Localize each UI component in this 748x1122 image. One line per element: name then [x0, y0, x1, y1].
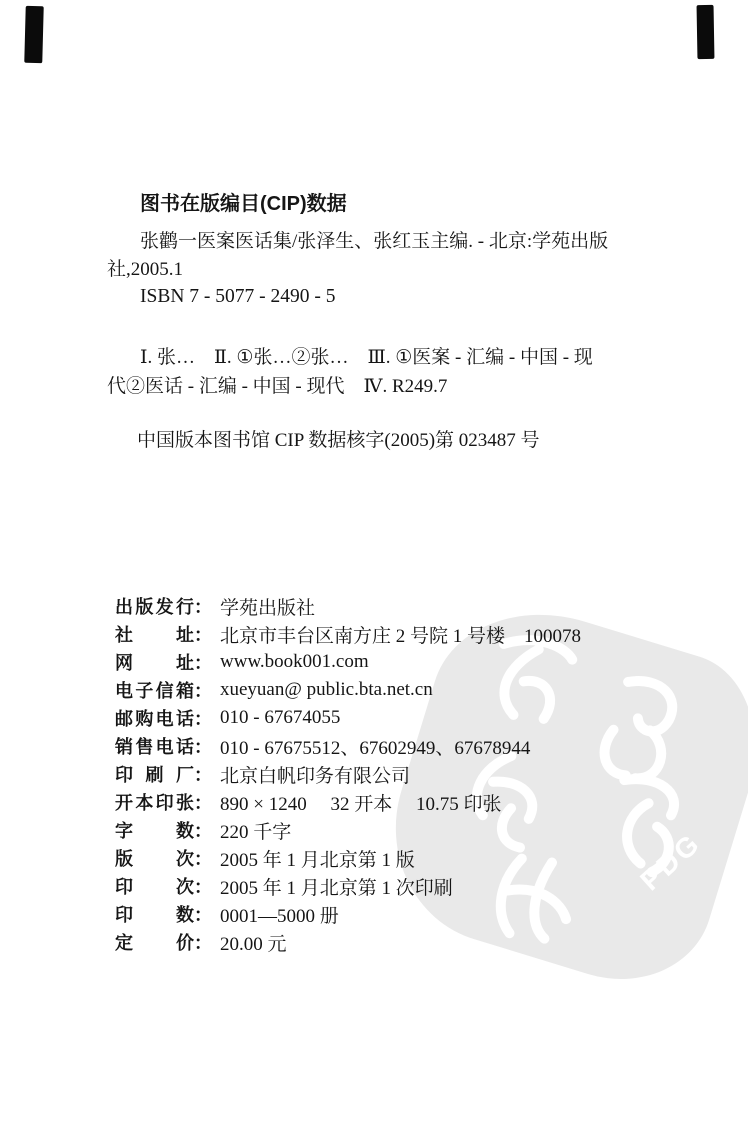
colophon-label: 社址	[115, 621, 194, 647]
colophon-row-address: 社址：北京市丰台区南方庄 2 号院 1 号楼 100078	[115, 620, 581, 648]
colophon-label: 印次	[115, 873, 194, 899]
colophon-colon: ：	[194, 929, 212, 955]
colophon-value: 北京白帆印务有限公司	[220, 761, 410, 788]
colophon-colon: ：	[194, 901, 212, 927]
colophon-row-printer: 印刷厂：北京白帆印务有限公司	[115, 760, 581, 788]
cip-classification-line-1: Ⅰ. 张… Ⅱ. ①张…②张… Ⅲ. ①医案 - 汇编 - 中国 - 现	[107, 343, 593, 372]
colophon-value: 890 × 1240 32 开本 10.75 印张	[220, 789, 501, 816]
colophon-row-email: 电子信箱：xueyuan@ public.bta.net.cn	[115, 676, 581, 704]
colophon-value: 学苑出版社	[220, 593, 315, 620]
colophon-row-wordcount: 字数：220 千字	[115, 816, 581, 844]
colophon-value: 20.00 元	[220, 929, 287, 956]
cip-title-line-2: 社,2005.1	[107, 256, 608, 284]
colophon-value: 220 千字	[220, 817, 291, 844]
colophon-value: 北京市丰台区南方庄 2 号院 1 号楼 100078	[220, 621, 581, 648]
colophon-row-print-run: 印数：0001—5000 册	[115, 900, 581, 928]
colophon-value: www.book001.com	[220, 651, 369, 673]
cip-classification-line-2: 代②医话 - 汇编 - 中国 - 现代 Ⅳ. R249.7	[107, 372, 593, 401]
isbn-number: ISBN 7 - 5077 - 2490 - 5	[140, 285, 336, 309]
colophon-label: 印数	[115, 901, 194, 927]
colophon-colon: ：	[194, 621, 212, 647]
scan-artifact-top-left	[24, 6, 43, 63]
colophon-colon: ：	[194, 733, 212, 759]
colophon-value: xueyuan@ public.bta.net.cn	[220, 679, 433, 701]
colophon-colon: ：	[194, 761, 212, 787]
cip-title-line-1: 张鹳一医案医话集/张泽生、张红玉主编. - 北京:学苑出版	[107, 228, 608, 256]
seal-glyph-2	[599, 675, 682, 784]
colophon-row-edition: 版次：2005 年 1 月北京第 1 版	[115, 844, 581, 872]
colophon-value: 2005 年 1 月北京第 1 版	[220, 845, 415, 872]
colophon-label: 版次	[115, 845, 194, 871]
colophon-label: 定价	[115, 929, 194, 955]
colophon-row-printing: 印次：2005 年 1 月北京第 1 次印刷	[115, 872, 581, 900]
colophon-label: 出版发行	[115, 593, 194, 619]
colophon-row-website: 网址：www.book001.com	[115, 648, 581, 676]
colophon-label: 销售电话	[115, 733, 194, 759]
colophon-row-mailorder-phone: 邮购电话：010 - 67674055	[115, 704, 581, 732]
colophon-colon: ：	[194, 705, 212, 731]
colophon-value: 010 - 67675512、67602949、67678944	[220, 733, 530, 760]
colophon-row-sales-phone: 销售电话：010 - 67675512、67602949、67678944	[115, 732, 581, 760]
colophon-label: 开本印张	[115, 789, 194, 815]
colophon-colon: ：	[194, 817, 212, 843]
colophon-row-price: 定价：20.00 元	[115, 928, 581, 956]
cip-classification: Ⅰ. 张… Ⅱ. ①张…②张… Ⅲ. ①医案 - 汇编 - 中国 - 现 代②医…	[107, 343, 593, 401]
colophon-label: 字数	[115, 817, 194, 843]
colophon-colon: ：	[194, 873, 212, 899]
scan-artifact-top-right	[697, 5, 715, 59]
colophon-colon: ：	[194, 789, 212, 815]
colophon-colon: ：	[194, 845, 212, 871]
cip-heading: 图书在版编目(CIP)数据	[140, 191, 347, 217]
colophon-label: 印刷厂	[115, 761, 194, 787]
colophon-label: 电子信箱	[115, 677, 194, 703]
colophon-colon: ：	[194, 677, 212, 703]
cip-registry-number: 中国版本图书馆 CIP 数据核字(2005)第 023487 号	[137, 429, 540, 453]
colophon-label: 邮购电话	[115, 705, 194, 731]
colophon-row-format: 开本印张：890 × 1240 32 开本 10.75 印张	[115, 788, 581, 816]
colophon-value: 010 - 67674055	[220, 707, 340, 729]
colophon-row-publisher: 出版发行：学苑出版社	[115, 592, 581, 620]
colophon-value: 0001—5000 册	[220, 901, 339, 928]
colophon-colon: ：	[194, 649, 212, 675]
colophon: 出版发行：学苑出版社 社址：北京市丰台区南方庄 2 号院 1 号楼 100078…	[115, 592, 581, 956]
cip-title-statement: 张鹳一医案医话集/张泽生、张红玉主编. - 北京:学苑出版 社,2005.1	[107, 228, 608, 284]
colophon-value: 2005 年 1 月北京第 1 次印刷	[220, 873, 453, 900]
colophon-colon: ：	[194, 593, 212, 619]
colophon-label: 网址	[115, 649, 194, 675]
